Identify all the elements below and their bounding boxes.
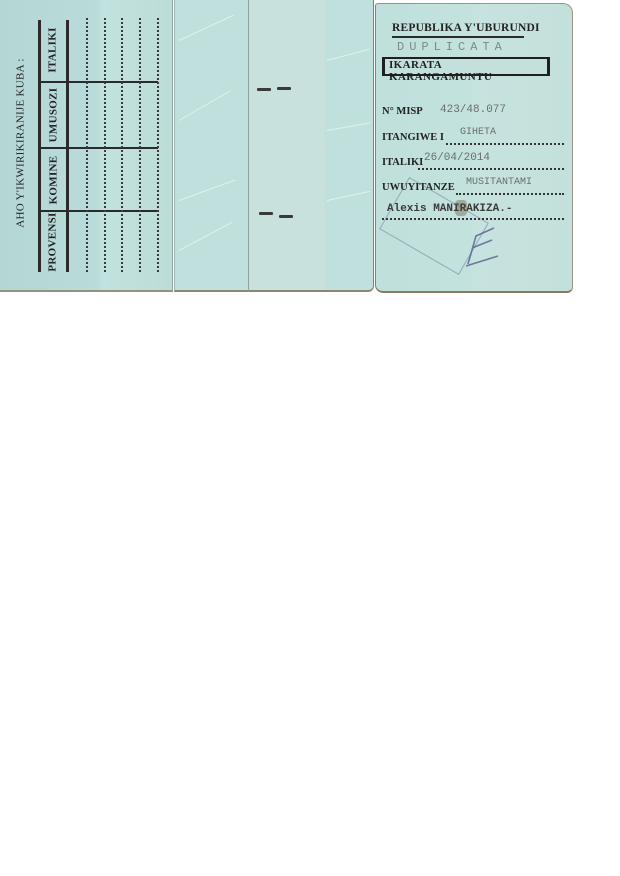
table-title: AHO Y'IKWIRIKIRANIJE KUBA : bbox=[6, 25, 36, 260]
duplicate-stamp: DUPLICATA bbox=[397, 40, 507, 54]
entry-line-1 bbox=[86, 18, 88, 272]
staple-slot bbox=[277, 87, 291, 90]
staple-slot bbox=[257, 88, 271, 91]
header-underline bbox=[392, 36, 524, 38]
field-value-itangiwe: GIHETA bbox=[460, 127, 496, 138]
column-header-umusozi: UMUSOZI bbox=[40, 83, 66, 147]
entry-line-2 bbox=[104, 18, 106, 272]
table-header-separator bbox=[66, 20, 69, 272]
field-value-uwuyitanze: MUSITANTAMI bbox=[466, 177, 532, 188]
field-value-misp: 423/48.077 bbox=[440, 104, 506, 116]
entry-line-3 bbox=[121, 18, 123, 272]
staple-slot bbox=[259, 212, 273, 215]
booklet-spine bbox=[248, 0, 326, 292]
card-title-banner: IKARATA KARANGAMUNTU bbox=[382, 57, 550, 76]
column-header-italiki: ITALIKI bbox=[40, 18, 66, 81]
middle-panel-left bbox=[174, 0, 249, 292]
field-label-itangiwe: ITANGIWE I bbox=[382, 132, 444, 143]
signature bbox=[462, 222, 502, 270]
staple-slot bbox=[279, 215, 293, 218]
field-value-italiki: 26/04/2014 bbox=[424, 152, 490, 164]
left-panel-residence-table: AHO Y'IKWIRIKIRANIJE KUBA : PROVENSI KOM… bbox=[0, 0, 173, 292]
ink-smudge bbox=[455, 200, 467, 216]
table-title-text: AHO Y'IKWIRIKIRANIJE KUBA : bbox=[15, 58, 27, 227]
middle-panel-right bbox=[325, 0, 374, 292]
field-label-italiki: ITALIKI bbox=[382, 157, 423, 168]
column-header-komine: KOMINE bbox=[40, 149, 66, 210]
card-title: IKARATA KARANGAMUNTU bbox=[389, 59, 547, 83]
entry-line-4 bbox=[139, 18, 141, 272]
country-name: REPUBLIKA Y'UBURUNDI bbox=[392, 22, 540, 34]
column-header-provensi: PROVENSI bbox=[40, 212, 66, 272]
field-label-misp: N° MISP bbox=[382, 106, 423, 117]
entry-line-5 bbox=[157, 18, 159, 272]
